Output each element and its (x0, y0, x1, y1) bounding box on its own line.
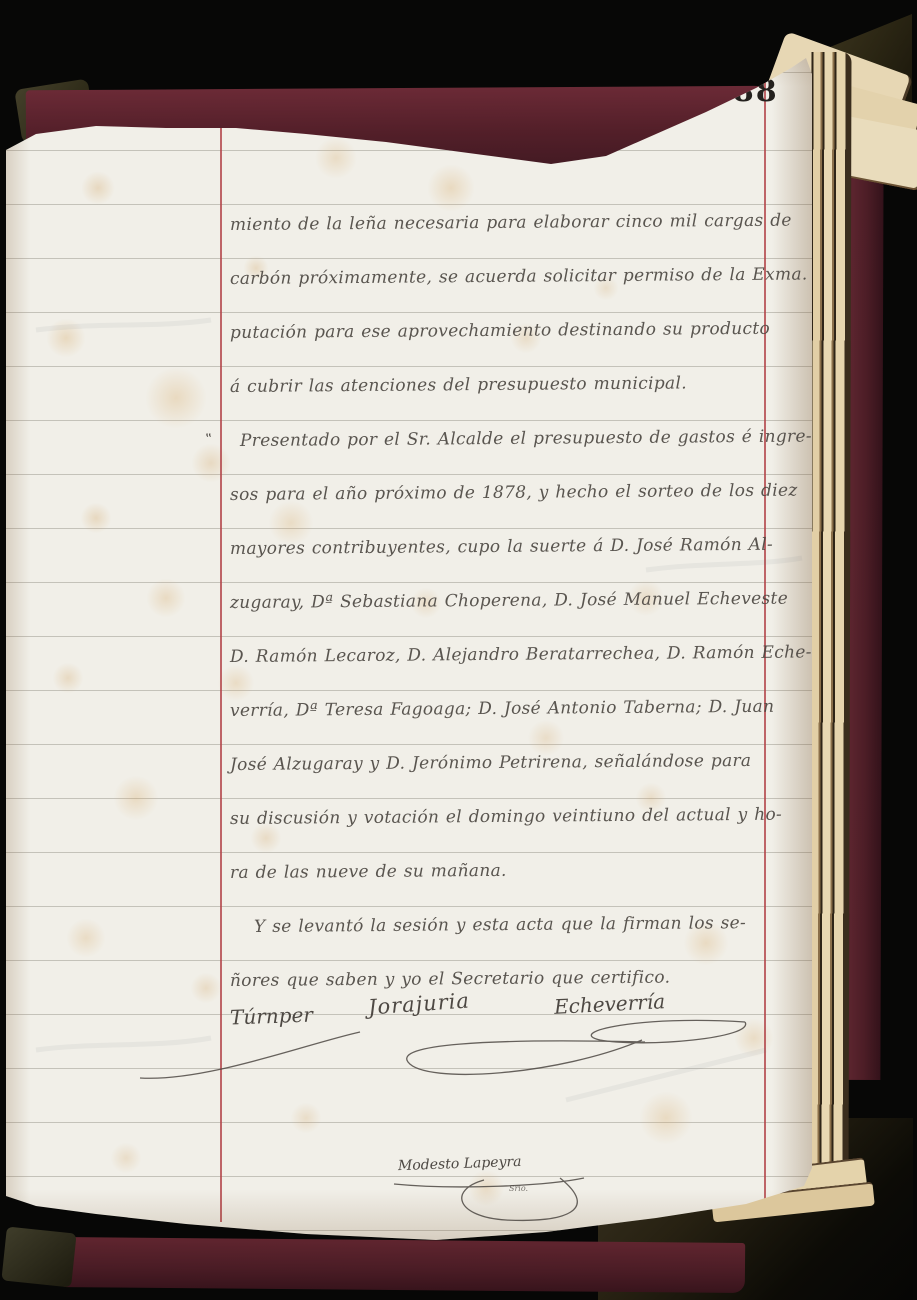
manuscript-line-7: mayores contribuyentes, cupo la suerte á… (230, 535, 773, 559)
page-edge-stack-right (808, 52, 851, 1202)
flourish-signature-3 (591, 1020, 745, 1042)
paragraph-mark: ‟ (205, 432, 212, 448)
flourish-signature-1 (140, 1032, 360, 1078)
manuscript-page: 188 ‟ miento de la leña necesaria para e… (6, 38, 812, 1250)
ghost-showthrough (566, 1050, 766, 1100)
secretary-rubric-note: Srio. (509, 1184, 528, 1193)
manuscript-line-9: D. Ramón Lecaroz, D. Alejandro Beratarre… (230, 642, 812, 667)
ghost-showthrough (646, 558, 802, 570)
manuscript-line-13: ra de las nueve de su mañana. (230, 861, 507, 883)
manuscript-line-1: miento de la leña necesaria para elabora… (230, 211, 792, 235)
manuscript-line-4: á cubrir las atenciones del presupuesto … (230, 373, 687, 397)
manuscript-line-15: ñores que saben y yo el Secretario que c… (230, 968, 670, 991)
cover-corner-bottom-left (1, 1226, 76, 1287)
flourish-secretary-underline (394, 1178, 584, 1187)
red-margin-line-left (220, 126, 222, 1222)
manuscript-line-8: zugaray, Dª Sebastiana Choperena, D. Jos… (230, 589, 788, 613)
signature-1: Túrnper (230, 1003, 314, 1030)
signature-3: Echeverría (553, 989, 665, 1019)
flourish-signature-2 (407, 1040, 645, 1074)
manuscript-line-2: carbón próximamente, se acuerda solicita… (230, 264, 840, 289)
signature-2: Jorajuria (367, 988, 470, 1019)
manuscript-line-6: sos para el año próximo de 1878, y hecho… (230, 481, 798, 505)
manuscript-line-11: José Alzugaray y D. Jerónimo Petrirena, … (230, 751, 752, 775)
ghost-showthrough (36, 1038, 211, 1050)
scanned-book-photo: 188 ‟ miento de la leña necesaria para e… (0, 0, 917, 1300)
book-cover-bottom-edge (55, 1237, 745, 1293)
manuscript-line-10: verría, Dª Teresa Fagoaga; D. José Anton… (230, 697, 774, 721)
manuscript-line-5: Presentado por el Sr. Alcalde el presupu… (240, 427, 812, 451)
manuscript-line-3: putación para ese aprovechamiento destin… (230, 319, 770, 343)
manuscript-line-14: Y se levantó la sesión y esta acta que l… (254, 913, 746, 937)
manuscript-line-12: su discusión y votación el domingo veint… (230, 805, 782, 829)
secretary-signature: Modesto Lapeyra (398, 1154, 522, 1174)
ghost-showthrough (36, 320, 211, 330)
